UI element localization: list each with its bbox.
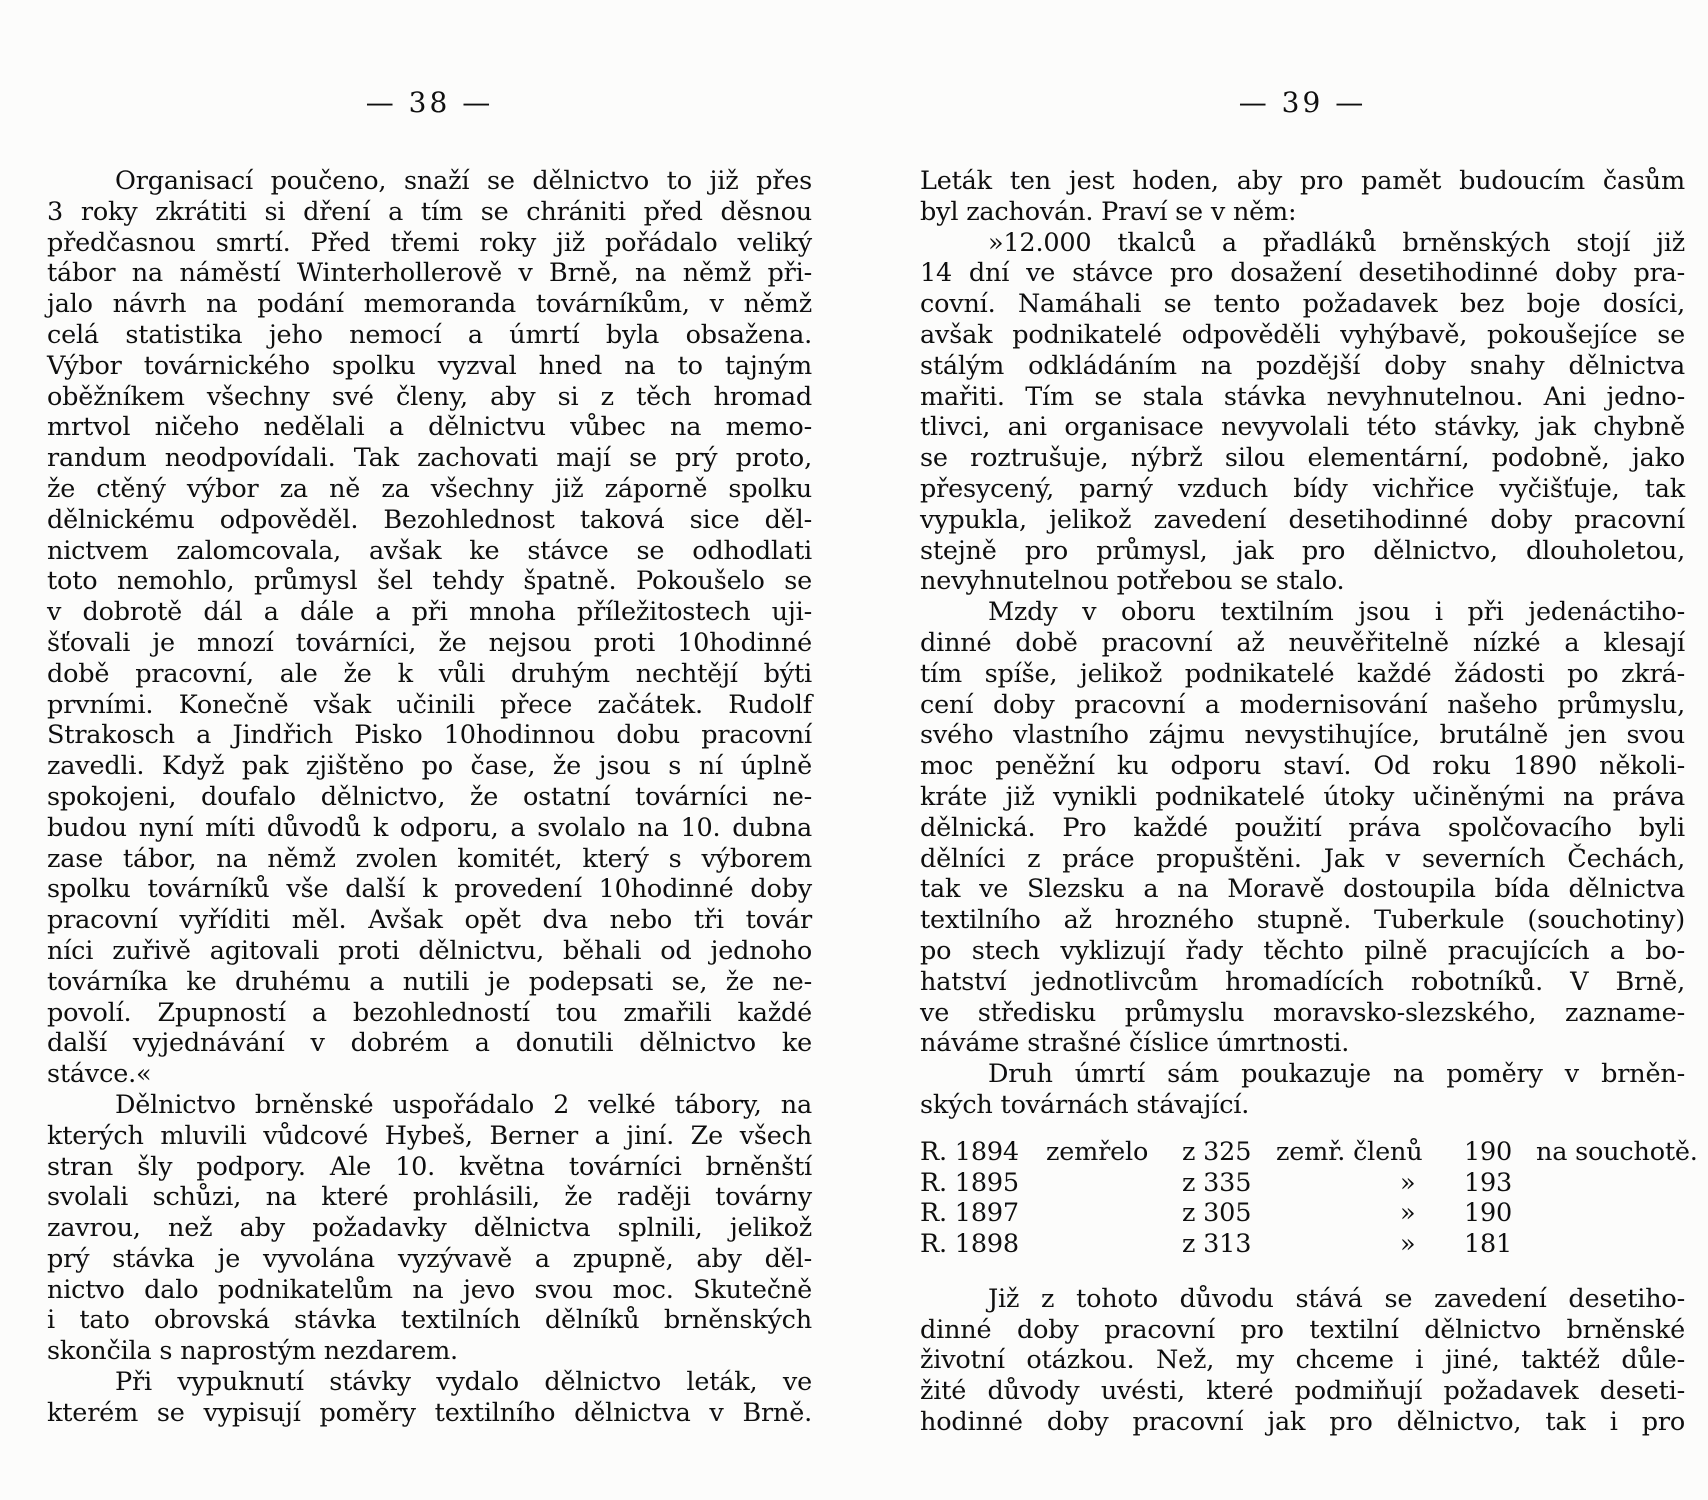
table-cell: »: [1400, 1198, 1415, 1229]
text-line: Při vypuknutí stávky vydalo dělnictvo le…: [47, 1367, 812, 1398]
text-line: spokojeni, doufalo dělnictvo, že ostatní…: [47, 782, 812, 813]
table-cell: z 305: [1182, 1198, 1251, 1229]
text-line: povolí. Zpupností a bezohledností tou zm…: [47, 998, 812, 1029]
table-cell: »: [1400, 1229, 1415, 1260]
text-line: ských továrnách stávající.: [920, 1090, 1685, 1121]
text-line: jalo návrh na podání memoranda továrníků…: [47, 289, 812, 320]
book-spread: — 38 — Organisací poučeno, snaží se děln…: [0, 0, 1708, 1500]
text-line: tak ve Slezsku a na Moravě dostoupila bí…: [920, 874, 1685, 905]
text-line: kráte již vynikli podnikatelé útoky učin…: [920, 782, 1685, 813]
table-cell: zemřelo: [1046, 1137, 1148, 1168]
table-cell: 193: [1464, 1168, 1512, 1199]
text-line: předčasnou smrtí. Před třemi roky již po…: [47, 228, 812, 259]
table-cell: R. 1898: [920, 1229, 1019, 1260]
text-line: nictvem zalomcovala, avšak ke stávce se …: [47, 536, 812, 567]
text-line: že ctěný výbor za ně za všechny již zápo…: [47, 474, 812, 505]
text-line: mařiti. Tím se stala stávka nevyhnutelno…: [920, 382, 1685, 413]
text-line: šťovali je mnozí továrníci, že nejsou pr…: [47, 628, 812, 659]
text-line: Dělnictvo brněnské uspořádalo 2 velké tá…: [47, 1090, 812, 1121]
text-line: prvními. Konečně však učinili přece začá…: [47, 690, 812, 721]
table-cell: 181: [1464, 1229, 1512, 1260]
text-line: covní. Namáhali se tento požadavek bez b…: [920, 289, 1685, 320]
text-line: po stech vyklizují řady těchto pilně pra…: [920, 936, 1685, 967]
table-cell: »: [1400, 1168, 1415, 1199]
text-line: se roztrušuje, nýbrž silou elementární, …: [920, 443, 1685, 474]
text-line: i tato obrovská stávka textilních dělník…: [47, 1305, 812, 1336]
text-line: prý stávka je vyvolána vyzývavě a zpupně…: [47, 1244, 812, 1275]
table-row: R. 1894zemřeloz 325zemř. členů190na souc…: [920, 1137, 1685, 1168]
text-line: kterých mluvili vůdcové Hybeš, Berner a …: [47, 1121, 812, 1152]
text-line: 3 roky zkrátiti si dření a tím se chráni…: [47, 197, 812, 228]
text-line: oběžníkem všechny své členy, aby si z tě…: [47, 382, 812, 413]
text-line: stálým odkládáním na pozdější doby snahy…: [920, 351, 1685, 382]
text-line: vypukla, jelikož zavedení desetihodinné …: [920, 505, 1685, 536]
text-line: kterém se vypisují poměry textilního děl…: [47, 1398, 812, 1429]
text-line: zase tábor, na němž zvolen komitét, kter…: [47, 844, 812, 875]
text-line: nevyhnutelnou potřebou se stalo.: [920, 566, 1685, 597]
text-line: dělnická. Pro každé použití práva spolčo…: [920, 813, 1685, 844]
table-cell: 190: [1464, 1198, 1512, 1229]
table-cell: R. 1895: [920, 1168, 1019, 1199]
text-line: náváme strašné číslice úmrtnosti.: [920, 1028, 1685, 1059]
text-line: době pracovní, ale že k vůli druhým nech…: [47, 659, 812, 690]
text-line: Organisací poučeno, snaží se dělnictvo t…: [47, 166, 812, 197]
text-line: v dobrotě dál a dále a při mnoha příleži…: [47, 597, 812, 628]
text-line: Leták ten jest hoden, aby pro pamět budo…: [920, 166, 1685, 197]
page-38-text: Organisací poučeno, snaží se dělnictvo t…: [47, 166, 812, 1429]
text-line: svolali schůzi, na které prohlásili, že …: [47, 1182, 812, 1213]
table-cell: 190: [1464, 1137, 1512, 1168]
text-line: nictvo dalo podnikatelům na jevo svou mo…: [47, 1275, 812, 1306]
text-line: Druh úmrtí sám poukazuje na poměry v brn…: [920, 1059, 1685, 1090]
text-line: žité důvody uvésti, které podmiňují poža…: [920, 1376, 1685, 1407]
text-line: skončila s naprostým nezdarem.: [47, 1336, 812, 1367]
text-line: ve středisku průmyslu moravsko-slezského…: [920, 998, 1685, 1029]
table-row: R. 1898z 313»181: [920, 1229, 1685, 1260]
text-line: Mzdy v oboru textilním jsou i při jedená…: [920, 597, 1685, 628]
table-cell: R. 1894: [920, 1137, 1019, 1168]
page-39-text: Leták ten jest hoden, aby pro pamět budo…: [920, 166, 1685, 1438]
text-line: svého vlastního zájmu nevystihujíce, bru…: [920, 720, 1685, 751]
text-line: zavedli. Když pak zjištěno po čase, že j…: [47, 751, 812, 782]
text-line: továrníka ke druhému a nutili je podepsa…: [47, 967, 812, 998]
text-line: dinné doby pracovní pro textilní dělnict…: [920, 1315, 1685, 1346]
text-line: pracovní vyříditi měl. Avšak opět dva ne…: [47, 905, 812, 936]
page-number-38: — 38 —: [47, 86, 812, 119]
text-line: dělnickému odpověděl. Bezohlednost takov…: [47, 505, 812, 536]
text-line: stávce.«: [47, 1059, 812, 1090]
text-line: hodinné doby pracovní jak pro dělnictvo,…: [920, 1407, 1685, 1438]
text-line: přesycený, parný vzduch bídy vichřice vy…: [920, 474, 1685, 505]
text-line: mrtvol ničeho nedělali a dělnictvu vůbec…: [47, 412, 812, 443]
text-line: zavrou, než aby požadavky dělnictva spln…: [47, 1213, 812, 1244]
text-line: Strakosch a Jindřich Pisko 10hodinnou do…: [47, 720, 812, 751]
text-line: Výbor továrnického spolku vyzval hned na…: [47, 351, 812, 382]
text-line: stejně pro průmysl, jak pro dělnictvo, d…: [920, 536, 1685, 567]
page-38: — 38 — Organisací poučeno, snaží se děln…: [47, 0, 812, 1500]
text-line: stran šly podpory. Ale 10. května továrn…: [47, 1152, 812, 1183]
text-line: tábor na náměstí Winterhollerově v Brně,…: [47, 258, 812, 289]
text-line: Již z tohoto důvodu stává se zavedení de…: [920, 1284, 1685, 1315]
text-line: textilního až hrozného stupně. Tuberkule…: [920, 905, 1685, 936]
text-line: 14 dní ve stávce pro dosažení desetihodi…: [920, 258, 1685, 289]
text-line: randum neodpovídali. Tak zachovati mají …: [47, 443, 812, 474]
text-line: moc peněžní ku odporu staví. Od roku 189…: [920, 751, 1685, 782]
text-line: spolku továrníků vše další k provedení 1…: [47, 874, 812, 905]
table-row: R. 1897z 305»190: [920, 1198, 1685, 1229]
text-line: dinné době pracovní až neuvěřitelně nízk…: [920, 628, 1685, 659]
text-line: »12.000 tkalců a přadláků brněnských sto…: [920, 228, 1685, 259]
mortality-table: R. 1894zemřeloz 325zemř. členů190na souc…: [920, 1137, 1685, 1260]
table-cell: zemř. členů: [1276, 1137, 1422, 1168]
text-line: avšak podnikatelé odpověděli vyhýbavě, p…: [920, 320, 1685, 351]
text-line: dělníci z práce propuštěni. Jak v severn…: [920, 844, 1685, 875]
text-line: hatství jednotlivcům hromadících robotní…: [920, 967, 1685, 998]
text-line: cení doby pracovní a modernisování našeh…: [920, 690, 1685, 721]
table-row: R. 1895z 335»193: [920, 1168, 1685, 1199]
text-line: další vyjednávání v dobrém a donutili dě…: [47, 1028, 812, 1059]
table-cell: R. 1897: [920, 1198, 1019, 1229]
page-39: — 39 — Leták ten jest hoden, aby pro pam…: [920, 0, 1685, 1500]
table-cell: z 313: [1182, 1229, 1251, 1260]
page-number-39: — 39 —: [920, 86, 1685, 119]
table-cell: z 335: [1182, 1168, 1251, 1199]
text-line: životní otázkou. Než, my chceme i jiné, …: [920, 1345, 1685, 1376]
text-line: toto nemohlo, průmysl šel tehdy špatně. …: [47, 566, 812, 597]
table-cell: na souchotě.: [1536, 1137, 1698, 1168]
text-line: níci zuřivě agitovali proti dělnictvu, b…: [47, 936, 812, 967]
text-line: tlivci, ani organisace nevyvolali této s…: [920, 412, 1685, 443]
text-line: budou nyní míti důvodů k odporu, a svola…: [47, 813, 812, 844]
text-line: tím spíše, jelikož podnikatelé každé žád…: [920, 659, 1685, 690]
table-cell: z 325: [1182, 1137, 1251, 1168]
text-line: byl zachován. Praví se v něm:: [920, 197, 1685, 228]
text-line: celá statistika jeho nemocí a úmrtí byla…: [47, 320, 812, 351]
